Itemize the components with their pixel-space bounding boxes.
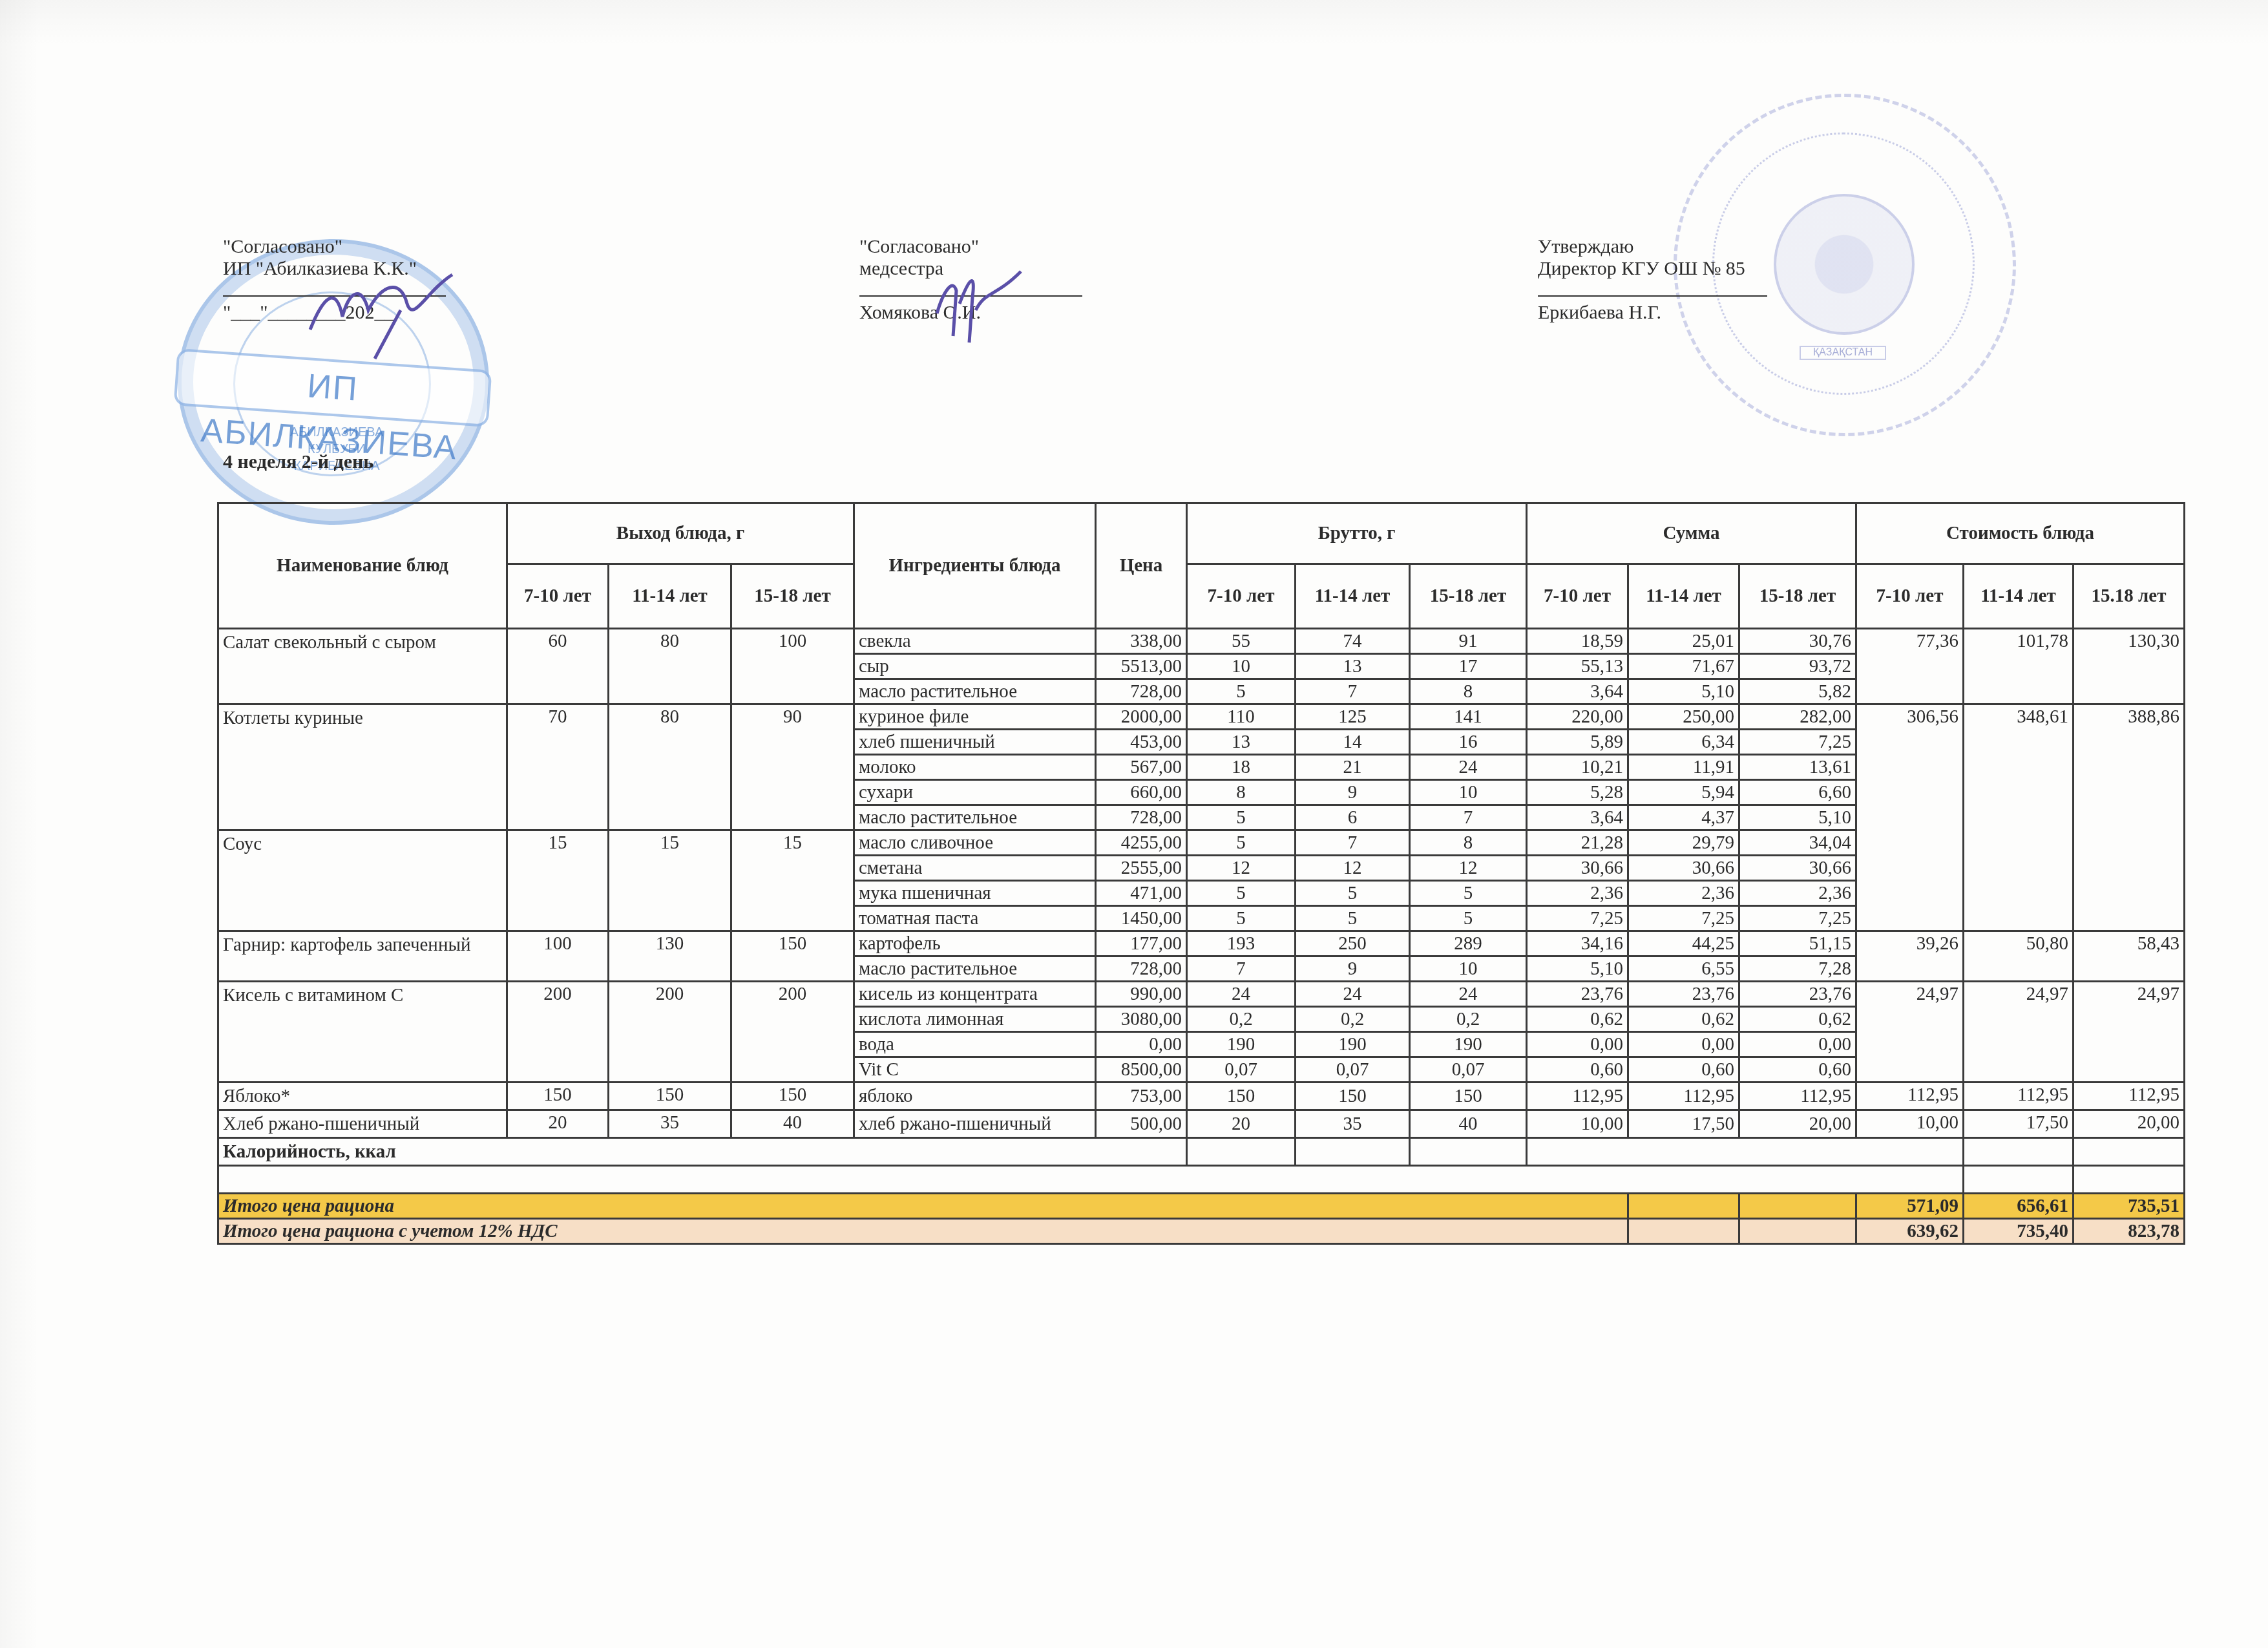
ingredient-sum: 5,10 [1527, 956, 1628, 982]
dish-cost: 112,95 [1856, 1083, 1964, 1110]
ingredient-sum: 4,37 [1628, 805, 1739, 830]
ingredient-price: 567,00 [1096, 755, 1187, 780]
ingredient-sum: 18,59 [1527, 629, 1628, 654]
ingredient-brutto: 5 [1410, 881, 1527, 906]
approval-role: медсестра [859, 258, 1082, 280]
ingredient-sum: 17,50 [1628, 1110, 1739, 1138]
total-value: 639,62 [1856, 1219, 1964, 1244]
ingredient-sum: 30,66 [1527, 856, 1628, 881]
ingredient-sum: 7,25 [1739, 906, 1856, 931]
ingredient-brutto: 10 [1410, 780, 1527, 805]
ingredient-sum: 0,60 [1527, 1057, 1628, 1083]
ingredient-sum: 7,25 [1739, 730, 1856, 755]
approval-name: Хомякова О.И. [859, 302, 1082, 324]
left-seal-band-text: ИП АБИЛКАЗИЕВА [174, 348, 492, 427]
ingredient-brutto: 7 [1187, 956, 1296, 982]
ingredient-sum: 2,36 [1628, 881, 1739, 906]
ingredient-name: хлеб ржано-пшеничный [854, 1110, 1096, 1138]
ingredient-brutto: 141 [1410, 704, 1527, 730]
dish-yield: 200 [507, 982, 609, 1083]
ingredient-brutto: 5 [1187, 881, 1296, 906]
ingredient-brutto: 150 [1187, 1083, 1296, 1110]
ingredient-brutto: 7 [1296, 830, 1410, 856]
ingredient-name: хлеб пшеничный [854, 730, 1096, 755]
ingredient-brutto: 20 [1187, 1110, 1296, 1138]
header-cost: Стоимость блюда [1856, 503, 2185, 564]
ingredient-brutto: 5 [1296, 881, 1410, 906]
ingredient-brutto: 10 [1410, 956, 1527, 982]
header-yield: Выход блюда, г [507, 503, 854, 564]
calories-label: Калорийность, ккал [218, 1138, 1187, 1166]
calories-cell [1410, 1138, 1527, 1166]
ingredient-sum: 7,25 [1527, 906, 1628, 931]
total-value: 571,09 [1856, 1194, 1964, 1219]
calories-cell [1296, 1138, 1410, 1166]
approval-block-nurse: "Согласовано" медсестра Хомякова О.И. [859, 236, 1082, 324]
header-price: Цена [1096, 503, 1187, 629]
dish-yield: 60 [507, 629, 609, 704]
table-row: Кисель с витамином С200200200кисель из к… [218, 982, 2185, 1007]
approval-block-supplier: "Согласовано" ИП "Абилказиева К.К." "___… [223, 236, 446, 324]
dish-cost: 112,95 [2074, 1083, 2185, 1110]
table-row: Яблоко*150150150яблоко753,00150150150112… [218, 1083, 2185, 1110]
ingredient-sum: 112,95 [1739, 1083, 1856, 1110]
ingredient-brutto: 9 [1296, 780, 1410, 805]
dish-yield: 150 [507, 1083, 609, 1110]
ingredient-brutto: 0,07 [1410, 1057, 1527, 1083]
ingredient-sum: 112,95 [1527, 1083, 1628, 1110]
ingredient-brutto: 8 [1187, 780, 1296, 805]
ingredient-sum: 51,15 [1739, 931, 1856, 956]
ingredient-sum: 112,95 [1628, 1083, 1739, 1110]
header-sum: Сумма [1527, 503, 1856, 564]
ingredient-sum: 30,76 [1739, 629, 1856, 654]
ingredient-sum: 11,91 [1628, 755, 1739, 780]
ingredient-price: 728,00 [1096, 805, 1187, 830]
dish-yield: 200 [609, 982, 731, 1083]
ingredient-brutto: 14 [1296, 730, 1410, 755]
header-age-cost: 11-14 лет [1964, 564, 2074, 629]
dish-cost: 101,78 [1964, 629, 2074, 704]
ingredient-sum: 5,82 [1739, 679, 1856, 704]
ingredient-brutto: 91 [1410, 629, 1527, 654]
approval-org: ИП "Абилказиева К.К." [223, 258, 446, 280]
total-value: 823,78 [2074, 1219, 2185, 1244]
ingredient-sum: 6,60 [1739, 780, 1856, 805]
dish-yield: 200 [731, 982, 854, 1083]
ingredient-sum: 0,00 [1527, 1032, 1628, 1057]
dish-cost: 77,36 [1856, 629, 1964, 704]
dish-cost: 24,97 [1856, 982, 1964, 1083]
dish-cost: 130,30 [2074, 629, 2185, 704]
ingredient-sum: 0,60 [1628, 1057, 1739, 1083]
ingredient-name: Vit C [854, 1057, 1096, 1083]
dish-yield: 90 [731, 704, 854, 830]
dish-cost: 17,50 [1964, 1110, 2074, 1138]
total-blank [1739, 1194, 1856, 1219]
ingredient-sum: 34,04 [1739, 830, 1856, 856]
ingredient-brutto: 0,07 [1296, 1057, 1410, 1083]
dish-yield: 20 [507, 1110, 609, 1138]
ingredient-brutto: 9 [1296, 956, 1410, 982]
calories-cell [1527, 1138, 1964, 1166]
ingredient-brutto: 24 [1187, 982, 1296, 1007]
ingredient-brutto: 12 [1296, 856, 1410, 881]
ingredient-brutto: 16 [1410, 730, 1527, 755]
ingredient-brutto: 0,07 [1187, 1057, 1296, 1083]
left-seal-line: АБИЛКАЗИЕВА [272, 424, 401, 441]
ingredient-brutto: 10 [1187, 654, 1296, 679]
ingredient-brutto: 250 [1296, 931, 1410, 956]
ingredient-name: масло растительное [854, 956, 1096, 982]
ingredient-sum: 7,25 [1628, 906, 1739, 931]
dish-cost: 388,86 [2074, 704, 2185, 931]
ingredient-brutto: 110 [1187, 704, 1296, 730]
approval-name: Еркибаева Н.Г. [1538, 302, 1767, 324]
ingredient-brutto: 40 [1410, 1110, 1527, 1138]
dish-name: Хлеб ржано-пшеничный [218, 1110, 507, 1138]
ingredient-price: 500,00 [1096, 1110, 1187, 1138]
header-age-sum: 15-18 лет [1739, 564, 1856, 629]
table-row: Котлеты куриные708090куриное филе2000,00… [218, 704, 2185, 730]
calories-cell [2074, 1138, 2185, 1166]
dish-cost: 50,80 [1964, 931, 2074, 982]
blank-cell [1964, 1166, 2074, 1194]
ingredient-sum: 10,00 [1527, 1110, 1628, 1138]
ingredient-price: 8500,00 [1096, 1057, 1187, 1083]
ingredient-price: 990,00 [1096, 982, 1187, 1007]
ingredient-sum: 93,72 [1739, 654, 1856, 679]
dish-cost: 112,95 [1964, 1083, 2074, 1110]
ingredient-name: масло сливочное [854, 830, 1096, 856]
dish-name: Соус [218, 830, 507, 931]
dish-cost: 348,61 [1964, 704, 2074, 931]
ingredient-sum: 5,28 [1527, 780, 1628, 805]
approval-date-line: "___"________202__ [223, 302, 446, 324]
header-age-yield: 15-18 лет [731, 564, 854, 629]
dish-yield: 100 [731, 629, 854, 704]
header-age-brutto: 7-10 лет [1187, 564, 1296, 629]
ingredient-sum: 44,25 [1628, 931, 1739, 956]
ingredient-sum: 220,00 [1527, 704, 1628, 730]
ingredient-price: 4255,00 [1096, 830, 1187, 856]
ingredient-sum: 20,00 [1739, 1110, 1856, 1138]
ingredient-sum: 0,00 [1628, 1032, 1739, 1057]
dish-name: Салат свекольный с сыром [218, 629, 507, 704]
ingredient-brutto: 74 [1296, 629, 1410, 654]
blank-row [218, 1166, 2185, 1194]
signature-line [1538, 295, 1767, 297]
ingredient-brutto: 5 [1187, 679, 1296, 704]
dish-yield: 70 [507, 704, 609, 830]
approval-role: Директор КГУ ОШ № 85 [1538, 258, 1767, 280]
calories-cell [1964, 1138, 2074, 1166]
ingredient-price: 728,00 [1096, 956, 1187, 982]
ingredient-brutto: 8 [1410, 830, 1527, 856]
total-blank [1739, 1219, 1856, 1244]
ingredient-brutto: 8 [1410, 679, 1527, 704]
ingredient-name: яблоко [854, 1083, 1096, 1110]
ingredient-brutto: 5 [1187, 805, 1296, 830]
blank-cell [2074, 1166, 2185, 1194]
approval-block-director: Утверждаю Директор КГУ ОШ № 85 Еркибаева… [1538, 236, 1767, 324]
ingredient-sum: 23,76 [1739, 982, 1856, 1007]
ingredient-brutto: 193 [1187, 931, 1296, 956]
ingredient-sum: 6,34 [1628, 730, 1739, 755]
ingredient-name: мука пшеничная [854, 881, 1096, 906]
ingredient-brutto: 13 [1187, 730, 1296, 755]
header-age-yield: 7-10 лет [507, 564, 609, 629]
ingredient-brutto: 35 [1296, 1110, 1410, 1138]
signature-line [223, 295, 446, 297]
header-age-brutto: 15-18 лет [1410, 564, 1527, 629]
ingredient-brutto: 12 [1410, 856, 1527, 881]
dish-cost: 20,00 [2074, 1110, 2185, 1138]
ingredient-sum: 3,64 [1527, 805, 1628, 830]
header-age-sum: 11-14 лет [1628, 564, 1739, 629]
ingredient-brutto: 289 [1410, 931, 1527, 956]
approval-title: Утверждаю [1538, 236, 1767, 258]
ingredient-sum: 5,94 [1628, 780, 1739, 805]
ingredient-price: 471,00 [1096, 881, 1187, 906]
ingredient-brutto: 0,2 [1296, 1007, 1410, 1032]
ingredient-brutto: 0,2 [1187, 1007, 1296, 1032]
header-age-cost: 7-10 лет [1856, 564, 1964, 629]
dish-name: Котлеты куриные [218, 704, 507, 830]
ingredient-sum: 0,00 [1739, 1032, 1856, 1057]
ingredient-brutto: 24 [1410, 982, 1527, 1007]
dish-yield: 80 [609, 629, 731, 704]
ingredient-name: сыр [854, 654, 1096, 679]
ingredient-brutto: 150 [1410, 1083, 1527, 1110]
ingredient-name: кислота лимонная [854, 1007, 1096, 1032]
ingredient-sum: 71,67 [1628, 654, 1739, 679]
ingredient-price: 5513,00 [1096, 654, 1187, 679]
ingredient-brutto: 150 [1296, 1083, 1410, 1110]
ingredient-name: молоко [854, 755, 1096, 780]
table-row: Салат свекольный с сыром6080100свекла338… [218, 629, 2185, 654]
dish-cost: 306,56 [1856, 704, 1964, 931]
ingredient-sum: 250,00 [1628, 704, 1739, 730]
ingredient-name: сухари [854, 780, 1096, 805]
ingredient-sum: 34,16 [1527, 931, 1628, 956]
ingredient-brutto: 6 [1296, 805, 1410, 830]
ingredient-price: 728,00 [1096, 679, 1187, 704]
total-value: 735,40 [1964, 1219, 2074, 1244]
dish-yield: 100 [507, 931, 609, 982]
header-age-yield: 11-14 лет [609, 564, 731, 629]
approval-title: "Согласовано" [223, 236, 446, 258]
dish-yield: 130 [609, 931, 731, 982]
ingredient-name: картофель [854, 931, 1096, 956]
ingredient-sum: 5,10 [1739, 805, 1856, 830]
ingredient-sum: 5,10 [1628, 679, 1739, 704]
ingredient-sum: 282,00 [1739, 704, 1856, 730]
ingredient-price: 1450,00 [1096, 906, 1187, 931]
dish-yield: 150 [731, 931, 854, 982]
ingredient-brutto: 12 [1187, 856, 1296, 881]
ingredient-brutto: 5 [1410, 906, 1527, 931]
table-row: Гарнир: картофель запеченный100130150кар… [218, 931, 2185, 956]
dish-name: Кисель с витамином С [218, 982, 507, 1083]
header-age-brutto: 11-14 лет [1296, 564, 1410, 629]
ingredient-brutto: 21 [1296, 755, 1410, 780]
ingredient-sum: 2,36 [1739, 881, 1856, 906]
ingredient-name: сметана [854, 856, 1096, 881]
calories-cell [1187, 1138, 1296, 1166]
ingredient-brutto: 125 [1296, 704, 1410, 730]
signature-line [859, 295, 1082, 297]
dish-cost: 39,26 [1856, 931, 1964, 982]
ingredient-name: свекла [854, 629, 1096, 654]
ingredient-sum: 7,28 [1739, 956, 1856, 982]
blank-cell [218, 1166, 1964, 1194]
ingredient-sum: 0,62 [1628, 1007, 1739, 1032]
ingredient-sum: 30,66 [1628, 856, 1739, 881]
total-row: Итого цена рациона с учетом 12% НДС639,6… [218, 1219, 2185, 1244]
ingredient-name: куриное филе [854, 704, 1096, 730]
total-label: Итого цена рациона с учетом 12% НДС [218, 1219, 1628, 1244]
ingredient-price: 2555,00 [1096, 856, 1187, 881]
ingredient-sum: 30,66 [1739, 856, 1856, 881]
emblem-icon [1774, 194, 1915, 335]
ingredient-sum: 25,01 [1628, 629, 1739, 654]
ingredient-brutto: 190 [1187, 1032, 1296, 1057]
ingredient-brutto: 24 [1296, 982, 1410, 1007]
header-dish-name: Наименование блюд [218, 503, 507, 629]
ingredient-brutto: 190 [1296, 1032, 1410, 1057]
ingredient-sum: 0,60 [1739, 1057, 1856, 1083]
ingredient-name: вода [854, 1032, 1096, 1057]
ingredient-price: 453,00 [1096, 730, 1187, 755]
ingredient-sum: 13,61 [1739, 755, 1856, 780]
ingredient-sum: 5,89 [1527, 730, 1628, 755]
dish-yield: 35 [609, 1110, 731, 1138]
dish-cost: 58,43 [2074, 931, 2185, 982]
dish-yield: 150 [731, 1083, 854, 1110]
ingredient-brutto: 7 [1296, 679, 1410, 704]
dish-cost: 24,97 [1964, 982, 2074, 1083]
ingredient-name: томатная паста [854, 906, 1096, 931]
ingredient-name: масло растительное [854, 805, 1096, 830]
ingredient-price: 0,00 [1096, 1032, 1187, 1057]
dish-yield: 15 [731, 830, 854, 931]
ingredient-sum: 0,62 [1527, 1007, 1628, 1032]
ingredient-brutto: 7 [1410, 805, 1527, 830]
ingredient-price: 660,00 [1096, 780, 1187, 805]
ingredient-price: 177,00 [1096, 931, 1187, 956]
dish-cost: 10,00 [1856, 1110, 1964, 1138]
menu-cost-table: Наименование блюд Выход блюда, г Ингреди… [217, 502, 2185, 1245]
ingredient-sum: 23,76 [1628, 982, 1739, 1007]
ingredient-sum: 21,28 [1527, 830, 1628, 856]
ingredient-sum: 2,36 [1527, 881, 1628, 906]
right-seal-country: ҚАЗАҚСТАН [1800, 346, 1886, 360]
dish-name: Гарнир: картофель запеченный [218, 931, 507, 982]
ingredient-name: кисель из концентрата [854, 982, 1096, 1007]
ingredient-brutto: 55 [1187, 629, 1296, 654]
table-row: Хлеб ржано-пшеничный203540хлеб ржано-пше… [218, 1110, 2185, 1138]
ingredient-brutto: 18 [1187, 755, 1296, 780]
header-brutto: Брутто, г [1187, 503, 1527, 564]
calories-row: Калорийность, ккал [218, 1138, 2185, 1166]
ingredient-sum: 23,76 [1527, 982, 1628, 1007]
dish-yield: 80 [609, 704, 731, 830]
ingredient-price: 338,00 [1096, 629, 1187, 654]
total-row: Итого цена рациона571,09656,61735,51 [218, 1194, 2185, 1219]
header-age-sum: 7-10 лет [1527, 564, 1628, 629]
total-value: 656,61 [1964, 1194, 2074, 1219]
ingredient-sum: 0,62 [1739, 1007, 1856, 1032]
ingredient-brutto: 5 [1187, 906, 1296, 931]
header-age-cost: 15.18 лет [2074, 564, 2185, 629]
dish-yield: 40 [731, 1110, 854, 1138]
total-label: Итого цена рациона [218, 1194, 1628, 1219]
ingredient-brutto: 190 [1410, 1032, 1527, 1057]
ingredient-sum: 55,13 [1527, 654, 1628, 679]
ingredient-sum: 29,79 [1628, 830, 1739, 856]
total-value: 735,51 [2074, 1194, 2185, 1219]
ingredient-sum: 10,21 [1527, 755, 1628, 780]
ingredient-price: 2000,00 [1096, 704, 1187, 730]
dish-yield: 15 [507, 830, 609, 931]
ingredient-price: 3080,00 [1096, 1007, 1187, 1032]
dish-yield: 15 [609, 830, 731, 931]
approval-title: "Согласовано" [859, 236, 1082, 258]
header-ingredients: Ингредиенты блюда [854, 503, 1096, 629]
ingredient-brutto: 5 [1296, 906, 1410, 931]
total-blank [1628, 1194, 1739, 1219]
ingredient-price: 753,00 [1096, 1083, 1187, 1110]
ingredient-sum: 3,64 [1527, 679, 1628, 704]
ingredient-brutto: 5 [1187, 830, 1296, 856]
dish-yield: 150 [609, 1083, 731, 1110]
ingredient-sum: 6,55 [1628, 956, 1739, 982]
total-blank [1628, 1219, 1739, 1244]
dish-cost: 24,97 [2074, 982, 2185, 1083]
ingredient-brutto: 13 [1296, 654, 1410, 679]
ingredient-name: масло растительное [854, 679, 1096, 704]
ingredient-brutto: 0,2 [1410, 1007, 1527, 1032]
dish-name: Яблоко* [218, 1083, 507, 1110]
ingredient-brutto: 24 [1410, 755, 1527, 780]
menu-day-title: 4 неделя 2-й день [223, 451, 373, 473]
ingredient-brutto: 17 [1410, 654, 1527, 679]
